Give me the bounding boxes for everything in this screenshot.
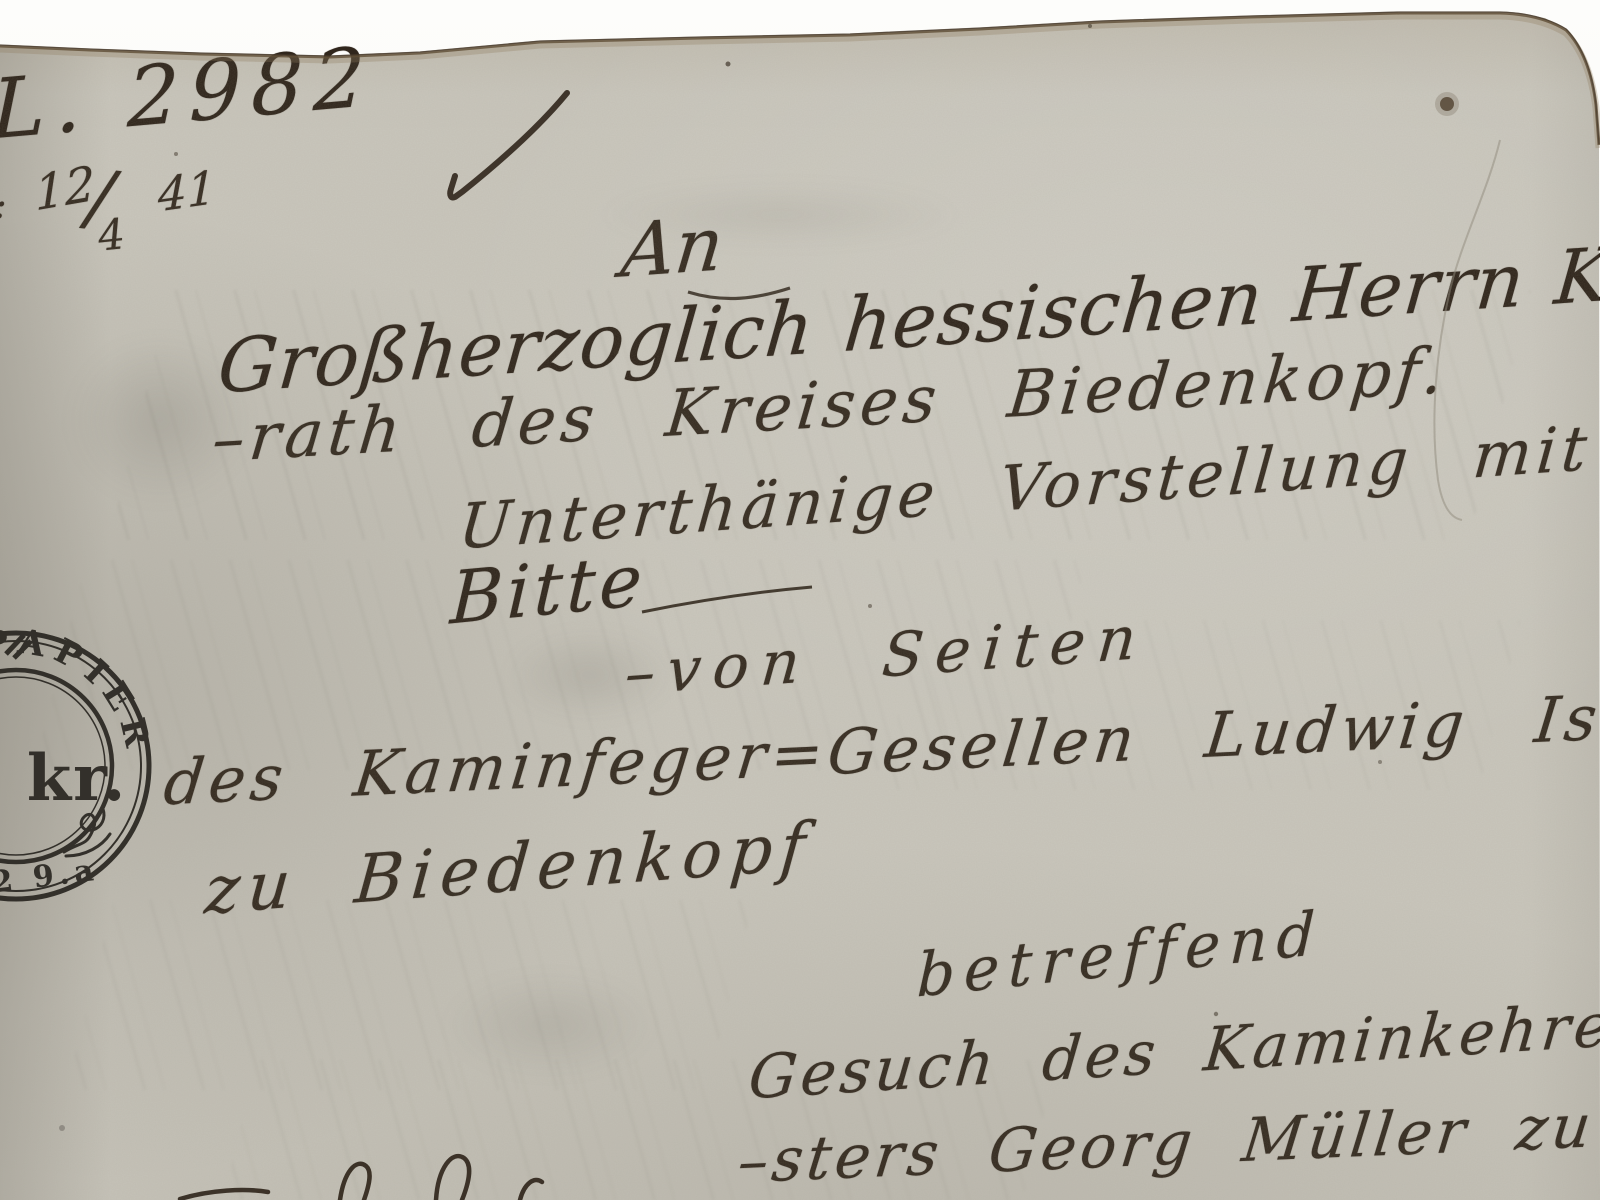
filing-date-year: 41 bbox=[158, 164, 216, 219]
filing-date-colon: : bbox=[0, 186, 7, 224]
salutation-line: An bbox=[618, 207, 727, 289]
photograph-of-document: L. 2982 : 12 / 4 41 An Großherzoglich he… bbox=[0, 0, 1600, 1200]
manuscript-line-4: Bitte bbox=[449, 543, 648, 634]
filing-date-month: 4 bbox=[96, 213, 127, 258]
